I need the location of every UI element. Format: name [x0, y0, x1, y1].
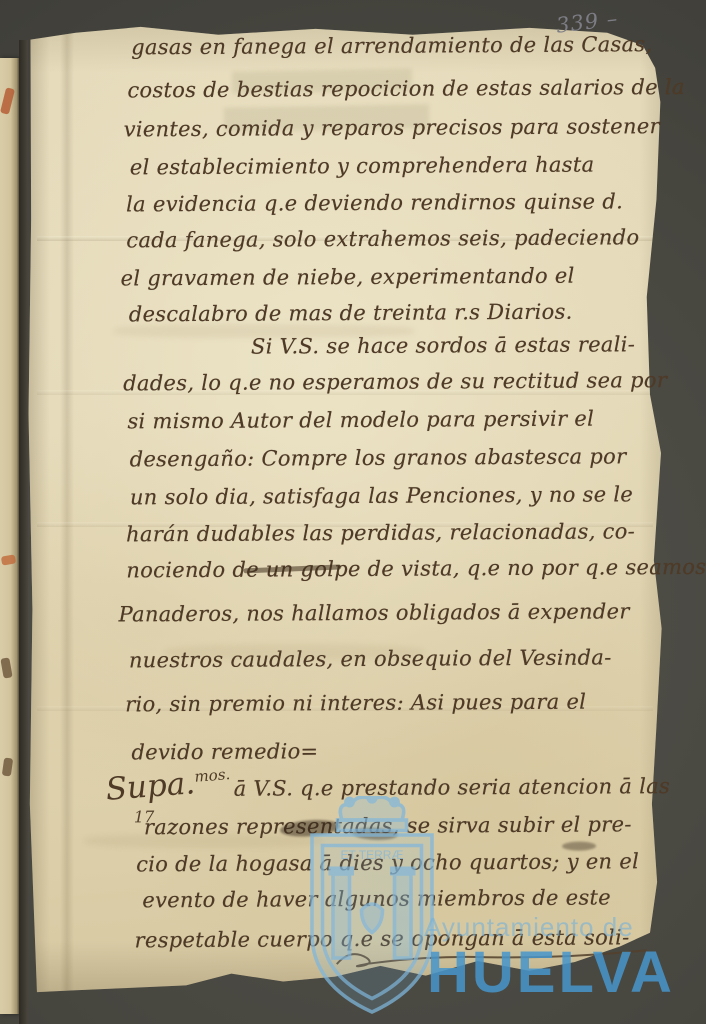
manuscript-text: gasas en fanega el arrendamiento de las …: [0, 0, 706, 1024]
manuscript-line: costos de bestias repocicion de estas sa…: [127, 77, 684, 101]
margin-petition-superscript: mos.: [194, 765, 231, 786]
manuscript-line: desengaño: Compre los granos abastesca p…: [130, 446, 627, 470]
manuscript-line: nuestros caudales, en obsequio del Vesin…: [129, 647, 612, 671]
manuscript-line: harán dudables las perdidas, relacionada…: [126, 521, 635, 545]
manuscript-line: el gravamen de niebe, experimentando el: [121, 266, 575, 290]
margin-petition-text: Supa.: [104, 765, 196, 808]
manuscript-line: un solo dia, satisfaga las Penciones, y …: [130, 484, 633, 508]
manuscript-line: ā V.S. q.e prestando seria atencion ā la…: [234, 776, 671, 800]
manuscript-line: gasas en fanega el arrendamiento de las …: [131, 34, 652, 58]
manuscript-line: nociendo de un golpe de vista, q.e no po…: [126, 557, 706, 582]
manuscript-line: rio, sin premio ni interes: Asi pues par…: [125, 692, 586, 716]
manuscript-line: si mismo Autor del modelo para persivir …: [127, 409, 594, 433]
manuscript-line: Panaderos, nos hallamos obligados ā expe…: [119, 601, 630, 625]
manuscript-line: la evidencia q.e deviendo rendirnos quin…: [126, 191, 623, 215]
manuscript-line: respetable cuerpo q.e se opongan ā esta …: [135, 927, 630, 951]
scanner-background: 339 – gasas en fanega el arrendamiento d…: [0, 0, 706, 1024]
manuscript-line: Si V.S. se hace sordos ā estas reali-: [251, 334, 635, 357]
margin-petition-note: 17: [134, 807, 154, 826]
manuscript-line: cio de la hogasa ā dies y ocho quartos; …: [136, 851, 639, 875]
manuscript-line: dades, lo q.e no esperamos de su rectitu…: [123, 370, 667, 394]
margin-petition-word: Supa.mos.: [104, 762, 231, 807]
manuscript-line: el establecimiento y comprehendera hasta: [130, 155, 595, 179]
manuscript-line: cada fanega, solo extrahemos seis, padec…: [126, 227, 639, 251]
manuscript-line: vientes, comida y reparos precisos para …: [124, 116, 660, 140]
manuscript-line: descalabro de mas de treinta r.s Diarios…: [129, 302, 573, 326]
manuscript-line: devido remedio=: [131, 741, 318, 763]
manuscript-line: evento de haver algunos miembros de este: [142, 887, 611, 911]
